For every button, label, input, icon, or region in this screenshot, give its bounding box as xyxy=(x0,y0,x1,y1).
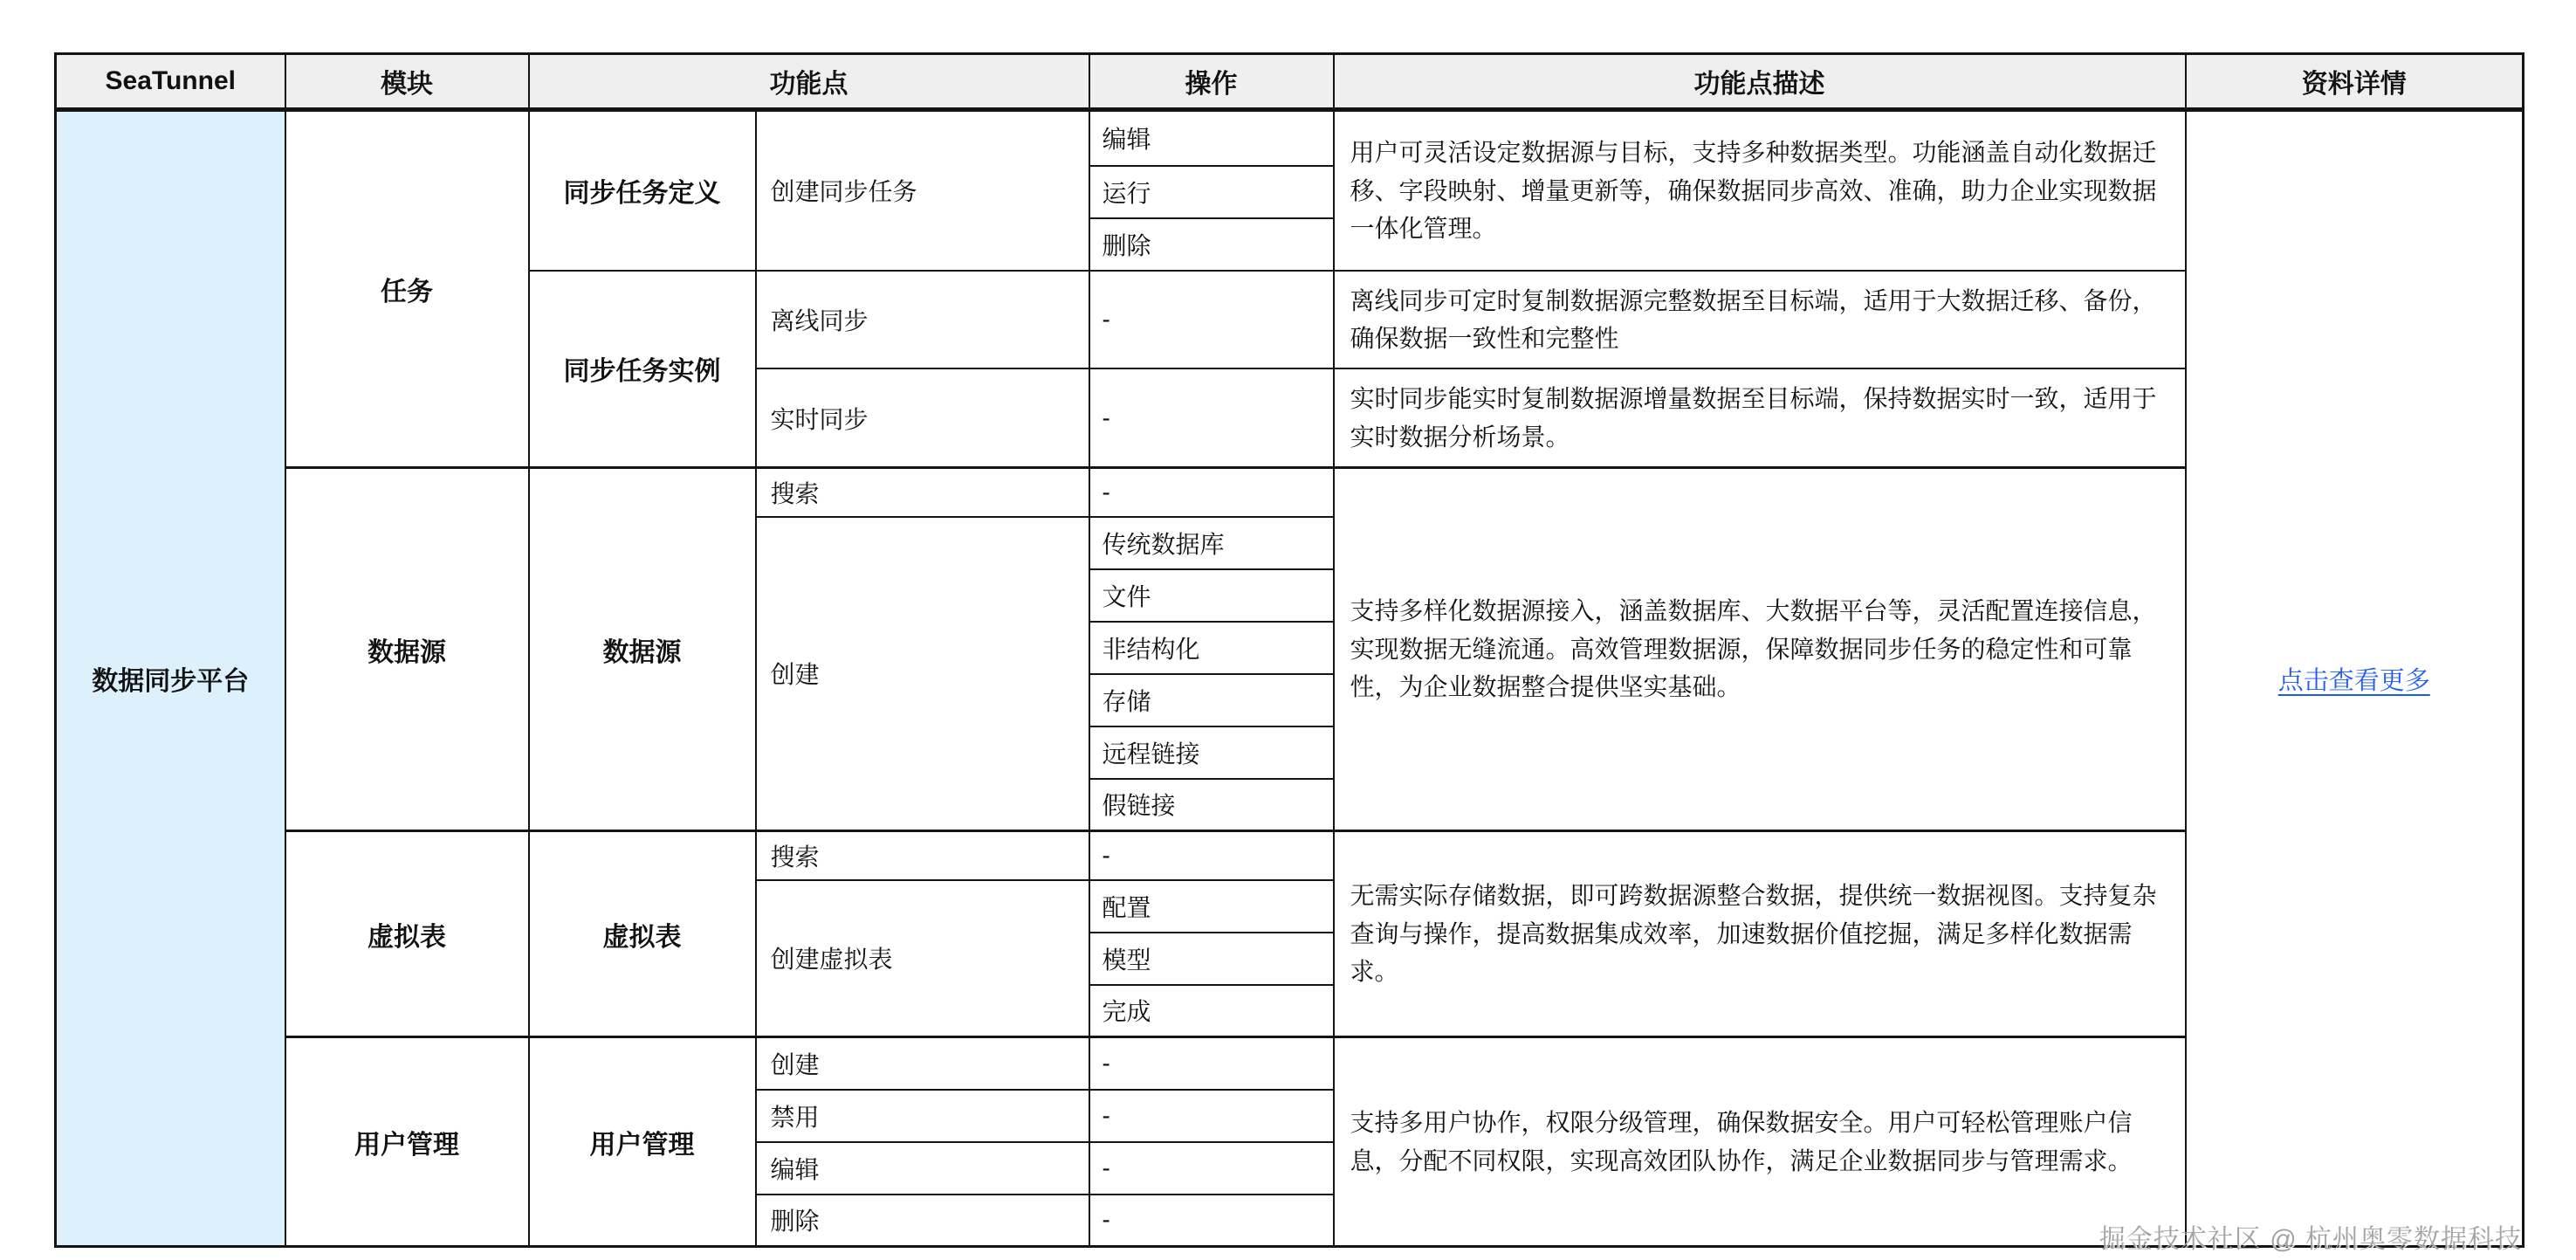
details-cell: 点击查看更多 xyxy=(2186,110,2524,1247)
item-cell-create-sync-task: 创建同步任务 xyxy=(756,110,1089,271)
op-cell-dash: - xyxy=(1089,468,1334,517)
module-cell-virtual-table: 虚拟表 xyxy=(285,831,529,1037)
op-cell-dash: - xyxy=(1089,1195,1334,1247)
op-cell-finish: 完成 xyxy=(1089,985,1334,1037)
item-cell-disable-user: 禁用 xyxy=(756,1090,1089,1142)
op-cell-unstructured: 非结构化 xyxy=(1089,622,1334,674)
op-cell-edit: 编辑 xyxy=(1089,110,1334,166)
column-header-seatunnel: SeaTunnel xyxy=(56,54,285,110)
op-cell-configure: 配置 xyxy=(1089,880,1334,933)
op-cell-dash: - xyxy=(1089,1090,1334,1142)
view-more-link[interactable]: 点击查看更多 xyxy=(2278,667,2430,695)
op-cell-file: 文件 xyxy=(1089,569,1334,622)
desc-cell-datasource: 支持多样化数据源接入，涵盖数据库、大数据平台等，灵活配置连接信息，实现数据无缝流… xyxy=(1334,468,2186,831)
item-cell-realtime-sync: 实时同步 xyxy=(756,368,1089,467)
module-cell-user-management: 用户管理 xyxy=(285,1037,529,1247)
column-header-description: 功能点描述 xyxy=(1334,54,2186,110)
op-cell-dash: - xyxy=(1089,368,1334,467)
op-cell-dash: - xyxy=(1089,1037,1334,1090)
platform-cell: 数据同步平台 xyxy=(56,110,285,1247)
module-cell-datasource: 数据源 xyxy=(285,468,529,831)
item-cell-search: 搜索 xyxy=(756,468,1089,517)
item-cell-edit-user: 编辑 xyxy=(756,1142,1089,1195)
item-cell-create-user: 创建 xyxy=(756,1037,1089,1090)
op-cell-model: 模型 xyxy=(1089,933,1334,985)
feature-cell-sync-task-definition: 同步任务定义 xyxy=(529,110,756,271)
item-cell-create-virtual-table: 创建虚拟表 xyxy=(756,880,1089,1037)
table-row: 用户管理 用户管理 创建 - 支持多用户协作，权限分级管理，确保数据安全。用户可… xyxy=(56,1037,2524,1090)
column-header-operation: 操作 xyxy=(1089,54,1334,110)
watermark: 掘金技术社区 @ 杭州奥零数据科技 xyxy=(2099,1217,2522,1256)
feature-cell-virtual-table: 虚拟表 xyxy=(529,831,756,1037)
op-cell-dash: - xyxy=(1089,1142,1334,1195)
column-header-feature: 功能点 xyxy=(529,54,1089,110)
column-header-details: 资料详情 xyxy=(2186,54,2524,110)
feature-cell-datasource: 数据源 xyxy=(529,468,756,831)
op-cell-dash: - xyxy=(1089,831,1334,880)
table-row: 虚拟表 虚拟表 搜索 - 无需实际存储数据，即可跨数据源整合数据，提供统一数据视… xyxy=(56,831,2524,880)
op-cell-remote-link: 远程链接 xyxy=(1089,726,1334,779)
table-row: 数据源 数据源 搜索 - 支持多样化数据源接入，涵盖数据库、大数据平台等，灵活配… xyxy=(56,468,2524,517)
item-cell-delete-user: 删除 xyxy=(756,1195,1089,1247)
item-cell-offline-sync: 离线同步 xyxy=(756,271,1089,369)
desc-cell-realtime-sync: 实时同步能实时复制数据源增量数据至目标端，保持数据实时一致，适用于实时数据分析场… xyxy=(1334,368,2186,467)
feature-matrix-table: SeaTunnel 模块 功能点 操作 功能点描述 资料详情 数据同步平台 任务… xyxy=(54,52,2524,1248)
module-cell-task: 任务 xyxy=(285,110,529,468)
op-cell-traditional-db: 传统数据库 xyxy=(1089,517,1334,569)
table-row: 数据同步平台 任务 同步任务定义 创建同步任务 编辑 用户可灵活设定数据源与目标… xyxy=(56,110,2524,166)
op-cell-dash: - xyxy=(1089,271,1334,369)
desc-cell-user-management: 支持多用户协作，权限分级管理，确保数据安全。用户可轻松管理账户信息，分配不同权限… xyxy=(1334,1037,2186,1247)
column-header-module: 模块 xyxy=(285,54,529,110)
item-cell-create: 创建 xyxy=(756,517,1089,831)
op-cell-delete: 删除 xyxy=(1089,218,1334,271)
feature-cell-sync-task-instance: 同步任务实例 xyxy=(529,271,756,468)
feature-cell-user-management: 用户管理 xyxy=(529,1037,756,1247)
header-row: SeaTunnel 模块 功能点 操作 功能点描述 资料详情 xyxy=(56,54,2524,110)
op-cell-run: 运行 xyxy=(1089,166,1334,218)
desc-cell-offline-sync: 离线同步可定时复制数据源完整数据至目标端，适用于大数据迁移、备份，确保数据一致性… xyxy=(1334,271,2186,369)
desc-cell-sync-task: 用户可灵活设定数据源与目标，支持多种数据类型。功能涵盖自动化数据迁移、字段映射、… xyxy=(1334,110,2186,271)
item-cell-search: 搜索 xyxy=(756,831,1089,880)
op-cell-storage: 存储 xyxy=(1089,674,1334,726)
desc-cell-virtual-table: 无需实际存储数据，即可跨数据源整合数据，提供统一数据视图。支持复杂查询与操作，提… xyxy=(1334,831,2186,1037)
op-cell-fake-link: 假链接 xyxy=(1089,779,1334,831)
